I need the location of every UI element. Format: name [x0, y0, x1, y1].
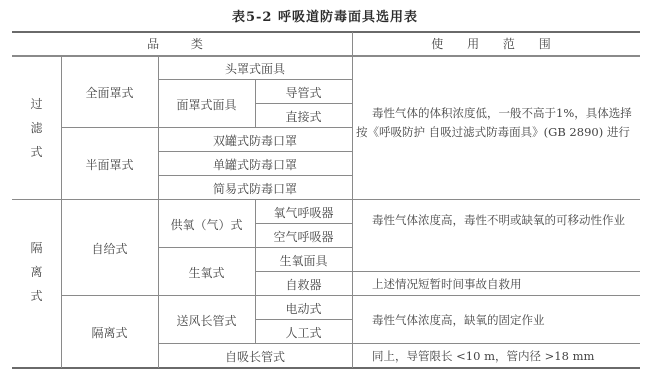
item-double-canister: 双罐式防毒口罩 [158, 128, 352, 152]
item-self-suction-hose: 自吸长管式 [158, 344, 352, 368]
group-half-face: 半面罩式 [61, 128, 158, 200]
usage-self-rescue: 上述情况短暂时间事故自救用 [352, 273, 640, 295]
group-self-contained: 自给式 [61, 200, 158, 296]
group-full-face: 全面罩式 [61, 56, 158, 128]
char: 式 [30, 140, 42, 164]
char: 隔 [30, 236, 42, 260]
header-usage: 使 用 范 围 [352, 32, 640, 55]
sub-electric: 电动式 [255, 296, 352, 320]
sub-self-rescuer: 自救器 [255, 272, 352, 296]
sub-oxygen-breather: 氧气呼吸器 [255, 200, 352, 224]
header-category: 品 类 [12, 32, 352, 55]
item-oxygen-supply: 供氧（气）式 [158, 200, 255, 248]
section-label-isolation: 隔 离 式 [12, 200, 61, 368]
char: 过 [30, 92, 42, 116]
item-face-mask: 面罩式面具 [158, 80, 255, 128]
usage-self-contained: 毒性气体浓度高，毒性不明或缺氧的可移动性作业 [352, 211, 640, 230]
char: 滤 [30, 116, 42, 140]
group-isolation: 隔离式 [61, 296, 158, 368]
section-label-filter: 过 滤 式 [12, 56, 61, 200]
usage-hose-limit: 同上，导管限长 <10 m，管内径 >18 mm [352, 344, 640, 368]
item-simple-mask: 简易式防毒口罩 [158, 176, 352, 200]
char: 式 [30, 284, 42, 308]
usage-filter: 毒性气体的体积浓度低，一般不高于1%，具体选择按《呼吸防护 自吸过滤式防毒面具》… [352, 104, 640, 142]
sub-oxygen-mask: 生氧面具 [255, 248, 352, 272]
table-title: 表5-2 呼吸道防毒面具选用表 [0, 6, 650, 25]
item-hood-mask: 头罩式面具 [158, 56, 352, 80]
sub-hose-type: 导管式 [255, 80, 352, 104]
sub-air-breather: 空气呼吸器 [255, 224, 352, 248]
item-single-canister: 单罐式防毒口罩 [158, 152, 352, 176]
usage-fixed-work: 毒性气体浓度高，缺氧的固定作业 [352, 296, 640, 344]
item-air-fed-hose: 送风长管式 [158, 296, 255, 344]
char: 离 [30, 260, 42, 284]
sub-manual: 人工式 [255, 320, 352, 344]
sub-direct-type: 直接式 [255, 104, 352, 128]
item-oxygen-generating: 生氧式 [158, 248, 255, 296]
